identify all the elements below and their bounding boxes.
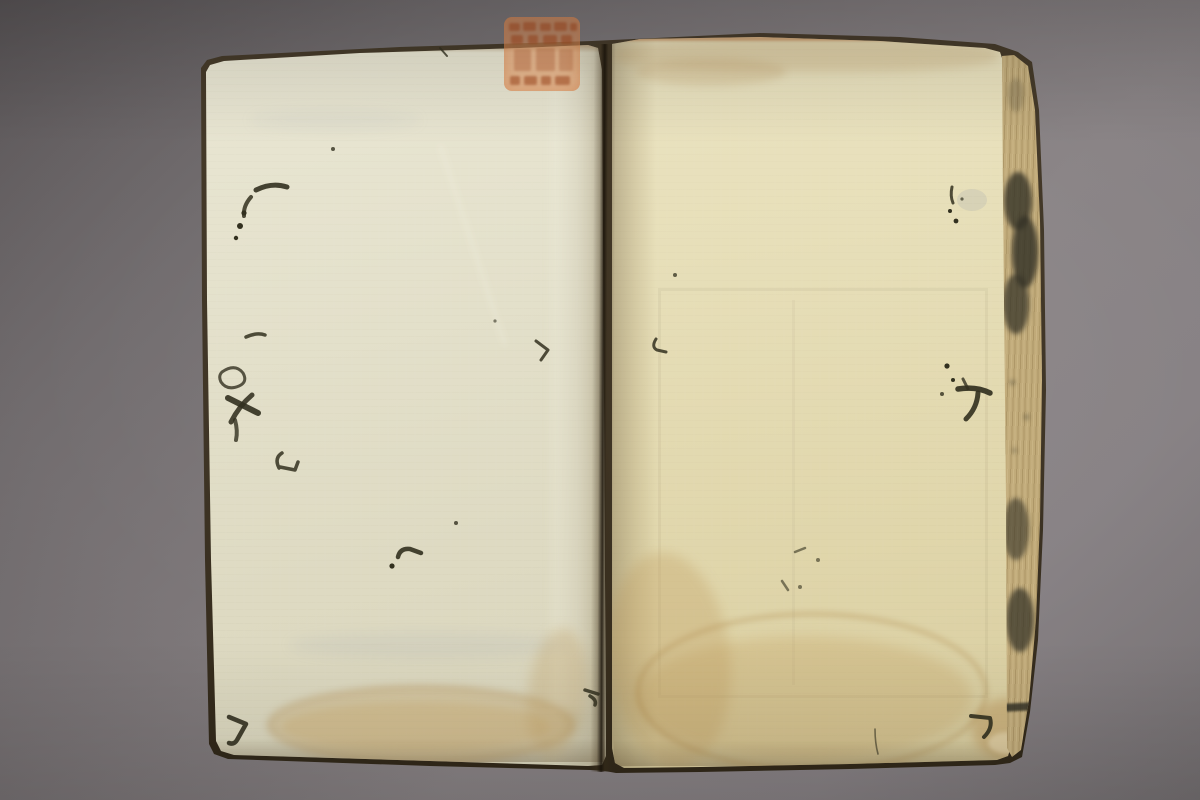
seal-glyph xyxy=(570,23,577,31)
seal-glyph xyxy=(559,49,573,71)
fore-edge-smudge xyxy=(1006,588,1034,652)
fore-edge-speck xyxy=(1010,380,1015,385)
right-page-water-stain-rim xyxy=(636,612,988,772)
fore-edge-smudge xyxy=(1008,78,1024,112)
seal-glyph xyxy=(555,76,570,85)
left-page-crease-highlight xyxy=(438,144,508,345)
seal-glyph xyxy=(541,76,551,85)
seal-glyph xyxy=(524,76,537,85)
seal-glyph xyxy=(540,23,551,31)
seal-glyphs xyxy=(504,17,580,91)
collection-seal-watermark xyxy=(504,17,580,91)
seal-glyph xyxy=(554,22,567,31)
seal-glyph xyxy=(510,76,520,85)
left-page-gray-smudge-top xyxy=(250,110,420,130)
seal-glyph xyxy=(509,23,520,31)
photo-open-antique-book xyxy=(0,0,1200,800)
fore-edge-speck xyxy=(1012,448,1017,453)
seal-glyph xyxy=(528,35,538,44)
right-page-top-stain-blob xyxy=(636,58,786,86)
left-page-gray-smudge-band xyxy=(290,632,570,658)
fore-edge-speck xyxy=(1024,414,1029,420)
seal-glyph xyxy=(561,35,572,44)
fore-edge-smudge xyxy=(1003,274,1029,334)
seal-glyph xyxy=(523,22,536,31)
seal-glyph xyxy=(511,35,523,44)
seal-glyph xyxy=(543,35,557,44)
seal-glyph xyxy=(536,48,555,71)
fore-edge-smudge xyxy=(1003,498,1029,560)
seal-glyph xyxy=(514,49,531,71)
left-page-gutter-highlight xyxy=(552,70,586,710)
left-page-water-stain-core xyxy=(282,702,550,752)
binding-gutter xyxy=(590,44,616,772)
